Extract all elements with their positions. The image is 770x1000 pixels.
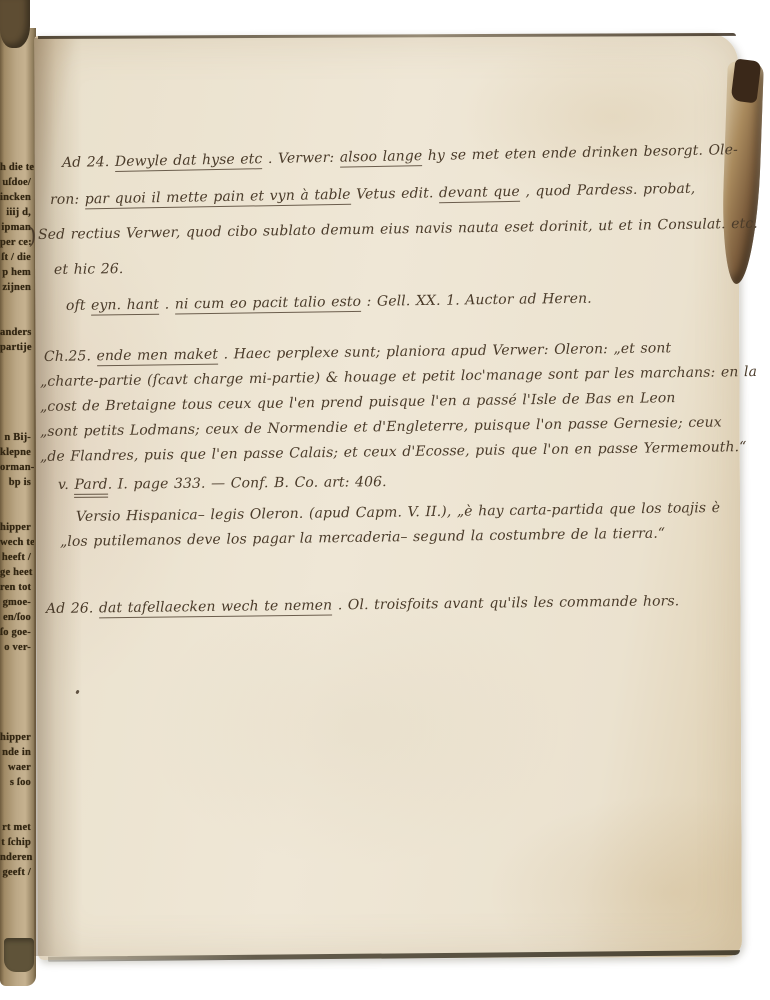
printed-line: t ſchip [0,835,34,850]
printed-line [0,685,34,700]
printed-line: klepne [0,445,34,460]
printed-line: rt met [0,820,34,835]
printed-line: p hem [0,265,34,280]
printed-line: ren tot [0,580,34,595]
printed-line [0,655,34,670]
printed-line: en/ſoo [0,610,34,625]
printed-line: partije [0,340,34,355]
printed-line: anders [0,325,34,340]
printed-line: orman- [0,460,34,475]
printed-line: geeft / [0,865,34,880]
printed-line [0,310,34,325]
binding-corner-bottom [4,938,34,972]
printed-line: per ce: [0,235,34,250]
printed-line: zijnen [0,280,34,295]
printed-line: o ver- [0,640,34,655]
printed-line: incken [0,190,34,205]
printed-line: heeft / [0,550,34,565]
printed-line [0,400,34,415]
printed-line [0,295,34,310]
printed-line: hipper [0,520,34,535]
printed-line [0,370,34,385]
printed-line [0,805,34,820]
printed-line [0,355,34,370]
printed-line: s ſoo [0,775,34,790]
printed-line: waer [0,760,34,775]
printed-line [0,790,34,805]
printed-line: ſo goe- [0,625,34,640]
printed-line: h die te [0,160,34,175]
printed-line [0,385,34,400]
printed-line: bp is [0,475,34,490]
printed-line: n Bij- [0,430,34,445]
binding-corner-top [0,0,30,48]
fore-edge-corner [731,59,762,104]
printed-line: nderen [0,850,34,865]
adjacent-page-edge: h die teuſdoe/inckeniiij d,ipmanper ce:ſ… [0,28,36,986]
printed-text-column: h die teuſdoe/inckeniiij d,ipmanper ce:ſ… [0,160,34,880]
printed-line: ge heet [0,565,34,580]
printed-line: iiij d, [0,205,34,220]
manuscript-page [34,33,742,960]
printed-line: nde in [0,745,34,760]
printed-line [0,670,34,685]
printed-line: hipper [0,730,34,745]
printed-line [0,490,34,505]
printed-line: wech te [0,535,34,550]
printed-line: uſdoe/ [0,175,34,190]
printed-line: ipman [0,220,34,235]
book-photo: h die teuſdoe/inckeniiij d,ipmanper ce:ſ… [0,0,770,1000]
printed-line [0,715,34,730]
printed-line [0,505,34,520]
printed-line: gmoe- [0,595,34,610]
printed-line [0,700,34,715]
printed-line: ſt / die [0,250,34,265]
printed-line [0,415,34,430]
